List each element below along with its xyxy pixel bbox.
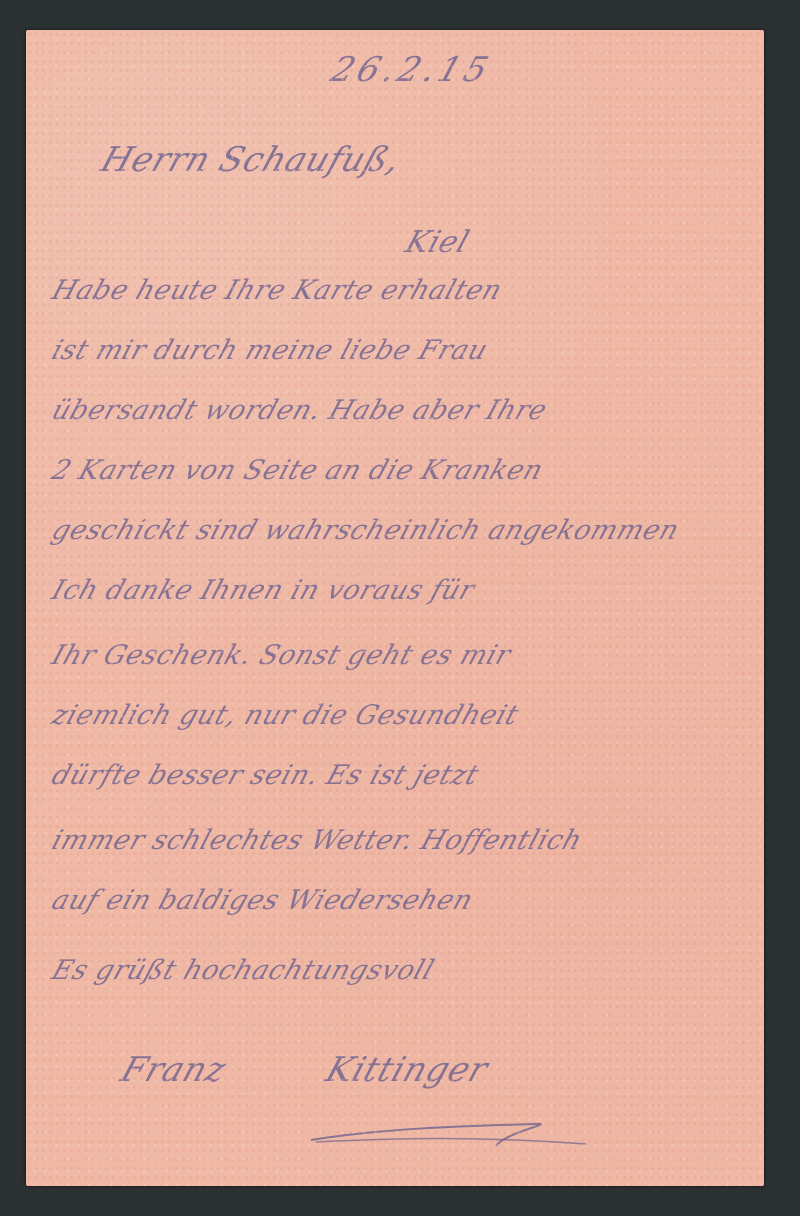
body-line: geschickt sind wahrscheinlich angekommen	[48, 515, 683, 546]
body-line: ziemlich gut, nur die Gesundheit	[48, 700, 523, 731]
body-line: 2 Karten von Seite an die Kranken	[48, 455, 547, 486]
body-line: Es grüßt hochachtungsvoll	[48, 955, 438, 986]
body-line: Habe heute Ihre Karte erhalten	[48, 275, 506, 306]
body-line: auf ein baldiges Wiedersehen	[48, 885, 477, 916]
body-line: Ich danke Ihnen in voraus für	[48, 575, 479, 606]
signature-underline-flourish	[306, 1118, 586, 1148]
body-line: dürfte besser sein. Es ist jetzt	[48, 760, 483, 791]
body-line: übersandt worden. Habe aber Ihre	[48, 395, 551, 426]
body-line: ist mir durch meine liebe Frau	[48, 335, 492, 366]
salutation: Herrn Schaufuß,	[96, 140, 406, 180]
body-line: Ihr Geschenk. Sonst geht es mir	[48, 640, 515, 671]
date: 26.2.15	[326, 50, 497, 90]
body-line: immer schlechtes Wetter. Hoffentlich	[48, 825, 586, 856]
city: Kiel	[401, 225, 474, 260]
signature-last-name: Kittinger	[321, 1050, 493, 1090]
signature-first-name: Franz	[116, 1050, 231, 1090]
postcard: 26.2.15 Herrn Schaufuß, Kiel Habe heute …	[26, 30, 764, 1186]
